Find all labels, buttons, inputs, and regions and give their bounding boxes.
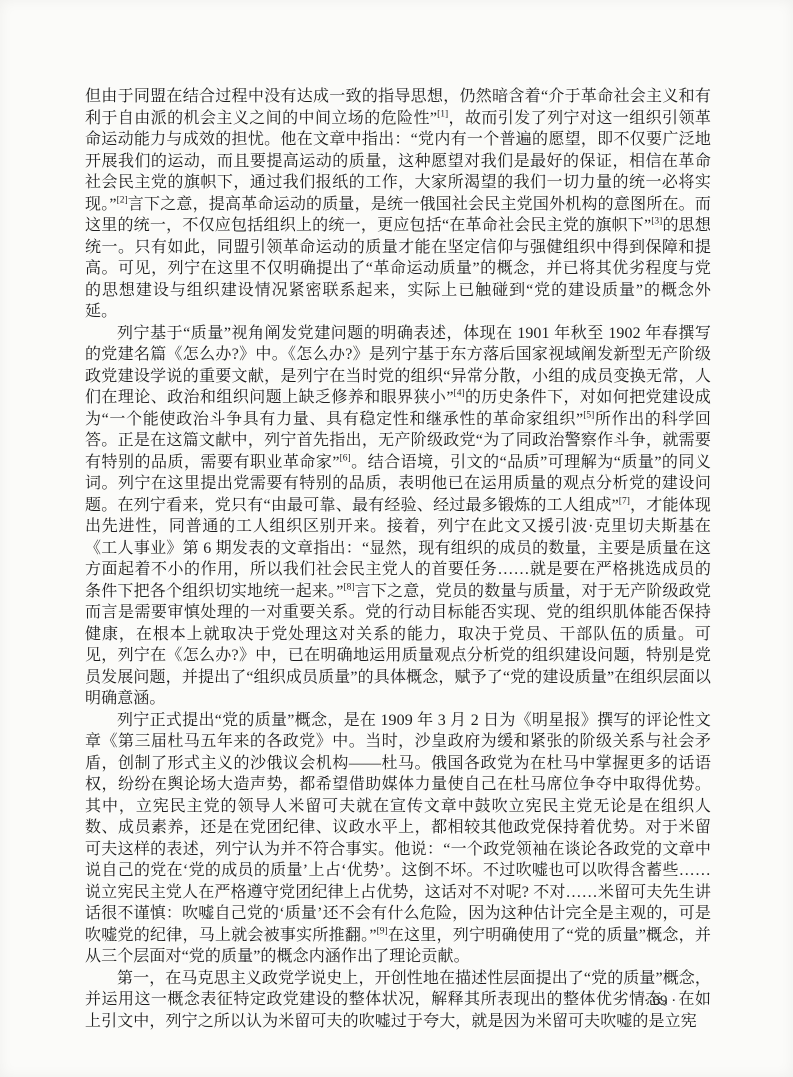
article-body: 但由于同盟在结合过程中没有达成一致的指导思想，仍然暗含着“介于革命社会主义和有利… (85, 86, 711, 1032)
footnote-ref: [8] (343, 582, 354, 592)
footnote-ref: [1] (437, 109, 448, 119)
footnote-ref: [4] (454, 389, 465, 399)
footnote-ref: [7] (619, 496, 630, 506)
scanned-paper-page: 但由于同盟在结合过程中没有达成一致的指导思想，仍然暗含着“介于革命社会主义和有利… (0, 0, 793, 1077)
footnote-ref: [5] (583, 410, 594, 420)
page-number: · 69 · (610, 993, 710, 1010)
paragraph: 列宁正式提出“党的质量”概念，是在 1909 年 3 月 2 日为《明星报》撰写… (85, 710, 711, 968)
paragraph: 但由于同盟在结合过程中没有达成一致的指导思想，仍然暗含着“介于革命社会主义和有利… (85, 86, 711, 323)
footnote-ref: [6] (340, 453, 351, 463)
footnote-ref: [2] (117, 195, 128, 205)
footnote-ref: [9] (377, 926, 388, 936)
paragraph: 列宁基于“质量”视角阐发党建问题的明确表述，体现在 1901 年秋至 1902 … (85, 323, 711, 710)
footnote-ref: [3] (651, 217, 662, 227)
